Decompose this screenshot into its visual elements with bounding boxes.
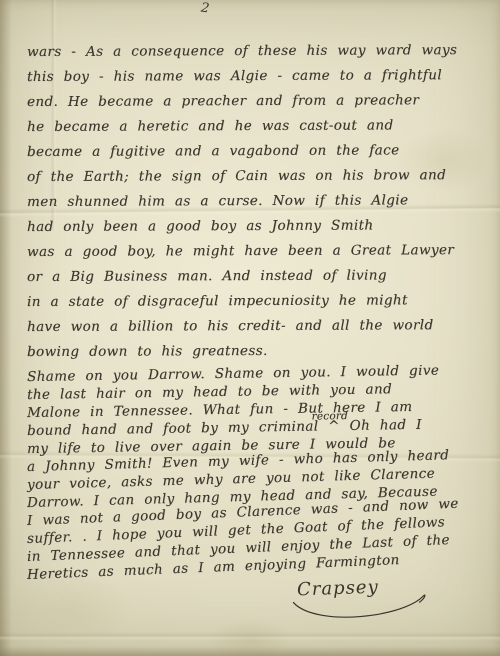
letter-line: men shunned him as a curse. Now if this … <box>27 192 479 210</box>
letter-line: bowing down to his greatness. <box>27 342 479 360</box>
letter-line: have won a billion to his credit- and al… <box>27 317 479 335</box>
signature: Crapsey <box>297 577 379 601</box>
inserted-word: record <box>311 408 348 425</box>
letter-line: became a fugitive and a vagabond on the … <box>27 142 479 160</box>
letter-line: this boy - his name was Algie - came to … <box>27 67 479 85</box>
page-number: 2 <box>200 0 210 16</box>
letter-line: he became a heretic and he was cast-out … <box>27 117 479 135</box>
paper-fold-crease <box>0 632 500 641</box>
letter-line: was a good boy, he might have been a Gre… <box>27 242 479 260</box>
letter-line: in a state of disgraceful impecuniosity … <box>27 292 479 310</box>
paper-bottom-edge-shadow <box>0 646 500 656</box>
letter-line: wars - As a consequence of these his way… <box>27 42 479 60</box>
letter-page: 2 wars - As a consequence of these his w… <box>0 0 500 656</box>
paper-left-edge-shadow <box>0 0 12 656</box>
letter-line: or a Big Business man. And instead of li… <box>27 267 479 285</box>
letter-line: had only been a good boy as Johnny Smith <box>27 217 479 235</box>
letter-line: of the Earth; the sign of Cain was on hi… <box>27 167 479 185</box>
letter-body: wars - As a consequence of these his way… <box>27 44 479 585</box>
signature-flourish-icon <box>289 592 430 627</box>
letter-line: end. He became a preacher and from a pre… <box>27 92 479 110</box>
